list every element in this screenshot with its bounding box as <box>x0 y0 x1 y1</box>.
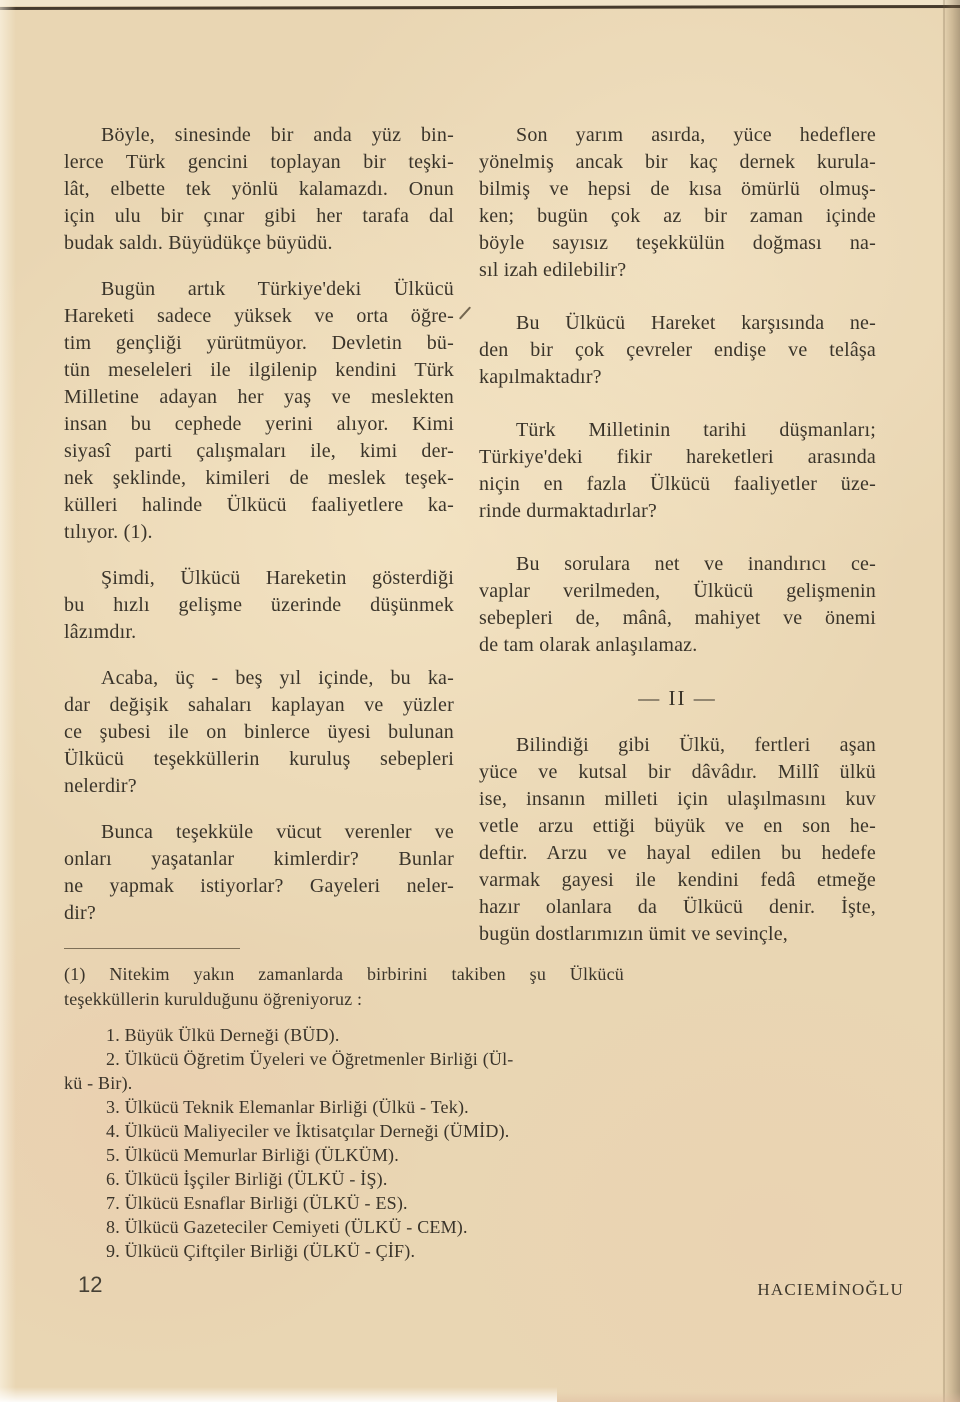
text-line: bugün dostlarımızın ümit ve sevinçle, <box>479 921 876 948</box>
text-line: Türkiye'deki fikir hareketleri arasında <box>479 444 876 471</box>
paragraph: Bu sorulara net ve inandırıcı ce-vaplar … <box>479 551 876 659</box>
text-line: teşekküllerin kurulduğunu öğreniyoruz : <box>64 987 624 1012</box>
scan-bottom-edge <box>0 1387 557 1402</box>
scan-right-crease <box>943 0 945 1402</box>
scan-top-border-line <box>0 5 960 10</box>
text-line: rinde durmaktadırlar? <box>479 498 876 525</box>
scan-bottom-right-edge <box>557 1392 960 1402</box>
text-line: de tam olarak anlaşılamaz. <box>479 632 876 659</box>
text-line: insan bu cephede yerini alıyor. Kimi <box>64 411 454 438</box>
text-line: kapılmaktadır? <box>479 364 876 391</box>
text-line: Milletine adayan her yaş ve meslekten <box>64 384 454 411</box>
text-line: tün meseleleri ile ilgilenip kendini Tür… <box>64 357 454 384</box>
text-line: Hareketi sadece yüksek ve orta öğre- <box>64 303 454 330</box>
text-line: deftir. Arzu ve hayal edilen bu hedefe <box>479 840 876 867</box>
section-heading: — II — <box>479 685 876 712</box>
text-line: 4. Ülkücü Maliyeciler ve İktisatçılar De… <box>64 1119 644 1143</box>
text-line: Ülkücü teşekküllerin kuruluş sebepleri <box>64 746 454 773</box>
left-column: Böyle, sinesinde bir anda yüz bin-lerce … <box>64 122 454 946</box>
text-line: 6. Ülkücü İşçiler Birliği (ÜLKÜ - İŞ). <box>64 1167 644 1191</box>
text-line: lât, elbette tek yönlü kalamazdı. Onun <box>64 176 454 203</box>
stray-ink-mark <box>459 306 471 319</box>
text-line: 9. Ülkücü Çiftçiler Birliği (ÜLKÜ - ÇİF)… <box>64 1239 644 1263</box>
text-line: dir? <box>64 900 454 927</box>
paragraph: Bugün artık Türkiye'deki ÜlkücüHareketi … <box>64 276 454 546</box>
text-line: Son yarım asırda, yüce hedeflere <box>479 122 876 149</box>
text-line: bu hızlı gelişme üzerinde düşünmek <box>64 592 454 619</box>
text-line: Bugün artık Türkiye'deki Ülkücü <box>64 276 454 303</box>
text-line: için ulu bir çınar gibi her tarafa dal <box>64 203 454 230</box>
text-line: 3. Ülkücü Teknik Elemanlar Birliği (Ülkü… <box>64 1095 644 1119</box>
text-line: Bu Ülkücü Hareket karşısında ne- <box>479 310 876 337</box>
text-line: hazır olanlara da Ülkücü denir. İşte, <box>479 894 876 921</box>
text-line: ce şubesi ile on binlerce üyesi bulunan <box>64 719 454 746</box>
text-line: vetle arzu ettiği büyük ve en son he- <box>479 813 876 840</box>
text-line: siyasî parti çalışmaları ile, kimi der- <box>64 438 454 465</box>
text-line: sıl izah edilebilir? <box>479 257 876 284</box>
text-line: nek şeklinde, kimileri de meslek teşek- <box>64 465 454 492</box>
text-line: 2. Ülkücü Öğretim Üyeleri ve Öğretmenler… <box>64 1047 644 1071</box>
text-line: 7. Ülkücü Esnaflar Birliği (ÜLKÜ - ES). <box>64 1191 644 1215</box>
text-line: varmak gayesi ile kendini fedâ etmeğe <box>479 867 876 894</box>
text-line: onları yaşatanlar kimlerdir? Bunlar <box>64 846 454 873</box>
text-line: ne yapmak istiyorlar? Gayeleri neler- <box>64 873 454 900</box>
text-line: Bunca teşekküle vücut verenler ve <box>64 819 454 846</box>
text-line: ken; bugün çok az bir zaman içinde <box>479 203 876 230</box>
paragraph: Bilindiği gibi Ülkü, fertleri aşanyüce v… <box>479 732 876 948</box>
paragraph: Böyle, sinesinde bir anda yüz bin-lerce … <box>64 122 454 257</box>
text-line: den bir çok çevreler endişe ve telâşa <box>479 337 876 364</box>
text-line: böyle sayısız teşekkülün doğması na- <box>479 230 876 257</box>
paragraph: Son yarım asırda, yüce hedeflereyönelmiş… <box>479 122 876 284</box>
text-line: tılıyor. (1). <box>64 519 454 546</box>
right-column: Son yarım asırda, yüce hedeflereyönelmiş… <box>479 122 876 974</box>
text-line: bilmiş ve hepsi de kısa ömürlü olmuş- <box>479 176 876 203</box>
paragraph: Şimdi, Ülkücü Hareketin gösterdiğibu hız… <box>64 565 454 646</box>
text-line: vaplar verilmeden, Ülkücü gelişmenin <box>479 578 876 605</box>
text-line: Acaba, üç - beş yıl içinde, bu ka- <box>64 665 454 692</box>
paragraph: Türk Milletinin tarihi düşmanları;Türkiy… <box>479 417 876 525</box>
text-line: lerce Türk gencini toplayan bir teşki- <box>64 149 454 176</box>
text-line: yüce ve kutsal bir dâvâdır. Millî ülkü <box>479 759 876 786</box>
text-line: Böyle, sinesinde bir anda yüz bin- <box>64 122 454 149</box>
text-line: Türk Milletinin tarihi düşmanları; <box>479 417 876 444</box>
text-line: budak saldı. Büyüdükçe büyüdü. <box>64 230 454 257</box>
text-line: niçin en fazla Ülkücü faaliyetler üze- <box>479 471 876 498</box>
text-line: sebepleri de, mânâ, mahiyet ve önemi <box>479 605 876 632</box>
page-number: 12 <box>78 1272 102 1298</box>
text-line: 8. Ülkücü Gazeteciler Cemiyeti (ÜLKÜ - C… <box>64 1215 644 1239</box>
text-line: ise, insanın milleti için ulaşılmasını k… <box>479 786 876 813</box>
text-line: Şimdi, Ülkücü Hareketin gösterdiği <box>64 565 454 592</box>
text-line: tim gençliği yürütmüyor. Devletin bü- <box>64 330 454 357</box>
scanned-book-page: Böyle, sinesinde bir anda yüz bin-lerce … <box>0 0 960 1402</box>
text-line: külleri halinde Ülkücü faaliyetlere ka- <box>64 492 454 519</box>
text-line: dar değişik sahaları kaplayan ve yüzler <box>64 692 454 719</box>
footnote-item-list: 1. Büyük Ülkü Derneği (BÜD).2. Ülkücü Öğ… <box>64 1023 644 1263</box>
running-footer-author: HACIEMİNOĞLU <box>757 1280 904 1300</box>
text-line: Bu sorulara net ve inandırıcı ce- <box>479 551 876 578</box>
paragraph: Acaba, üç - beş yıl içinde, bu ka-dar de… <box>64 665 454 800</box>
paragraph: Bu Ülkücü Hareket karşısında ne-den bir … <box>479 310 876 391</box>
text-line: kü - Bir). <box>64 1071 644 1095</box>
text-line: (1) Nitekim yakın zamanlarda birbirini t… <box>64 962 624 987</box>
text-line: 5. Ülkücü Memurlar Birliği (ÜLKÜM). <box>64 1143 644 1167</box>
paragraph: Bunca teşekküle vücut verenler veonları … <box>64 819 454 927</box>
text-line: yönelmiş ancak bir kaç dernek kurula- <box>479 149 876 176</box>
text-line: lâzımdır. <box>64 619 454 646</box>
scan-left-edge <box>0 0 16 1402</box>
footnote: (1) Nitekim yakın zamanlarda birbirini t… <box>64 962 644 1263</box>
text-line: nelerdir? <box>64 773 454 800</box>
footnote-intro: (1) Nitekim yakın zamanlarda birbirini t… <box>64 962 624 1012</box>
text-line: 1. Büyük Ülkü Derneği (BÜD). <box>64 1023 644 1047</box>
footnote-separator <box>64 948 240 949</box>
text-line: Bilindiği gibi Ülkü, fertleri aşan <box>479 732 876 759</box>
